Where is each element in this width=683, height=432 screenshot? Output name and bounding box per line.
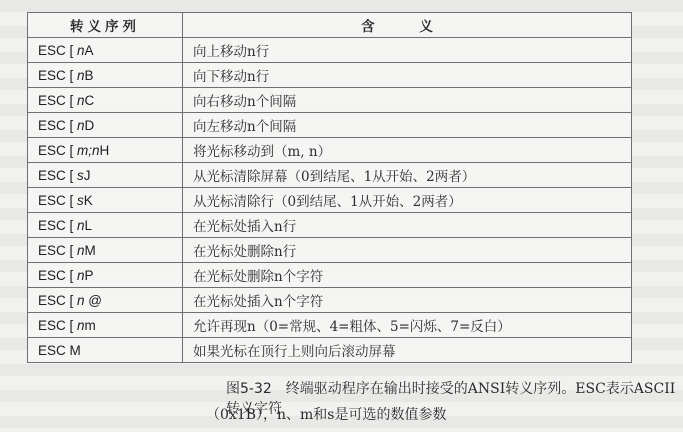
sequence-meaning: 向右移动n个间隔 xyxy=(183,88,632,113)
table-row: ESC [ nB向下移动n行 xyxy=(28,63,632,88)
escape-sequence: ESC [ m;nH xyxy=(28,138,183,163)
sequence-param: s xyxy=(77,168,84,183)
sequence-suffix: m xyxy=(85,318,96,333)
sequence-suffix: C xyxy=(85,93,95,108)
sequence-param: n xyxy=(77,243,85,258)
sequence-prefix: ESC [ xyxy=(38,43,77,58)
sequence-prefix: ESC [ xyxy=(38,118,77,133)
escape-sequence: ESC [ nm xyxy=(28,313,183,338)
sequence-prefix: ESC [ xyxy=(38,168,77,183)
table-row: ESC [ sK从光标清除行（0到结尾、1从开始、2两者） xyxy=(28,188,632,213)
sequence-meaning: 向上移动n行 xyxy=(183,38,632,63)
sequence-suffix: P xyxy=(85,268,94,283)
sequence-suffix: L xyxy=(85,218,93,233)
sequence-param: n xyxy=(77,293,85,308)
escape-sequence: ESC [ nC xyxy=(28,88,183,113)
sequence-prefix: ESC [ xyxy=(38,68,77,83)
sequence-suffix: H xyxy=(100,143,110,158)
escape-sequence: ESC [ nP xyxy=(28,263,183,288)
escape-sequence: ESC [ nD xyxy=(28,113,183,138)
table-row: ESC [ n @在光标处插入n个字符 xyxy=(28,288,632,313)
escape-sequence: ESC [ sJ xyxy=(28,163,183,188)
sequence-prefix: ESC [ xyxy=(38,143,77,158)
table-row: ESC [ nM在光标处删除n行 xyxy=(28,238,632,263)
escape-sequence: ESC [ sK xyxy=(28,188,183,213)
ansi-escape-table: 转义序列 含 义 ESC [ nA向上移动n行ESC [ nB向下移动n行ESC… xyxy=(27,12,632,363)
escape-sequence: ESC M xyxy=(28,338,183,363)
sequence-meaning: 在光标处插入n行 xyxy=(183,213,632,238)
sequence-prefix: ESC [ xyxy=(38,318,77,333)
sequence-meaning: 在光标处删除n个字符 xyxy=(183,263,632,288)
escape-sequence: ESC [ nL xyxy=(28,213,183,238)
escape-sequence: ESC [ n @ xyxy=(28,288,183,313)
sequence-suffix: B xyxy=(85,68,94,83)
sequence-param: n xyxy=(77,68,85,83)
sequence-param: n xyxy=(77,218,85,233)
escape-sequence: ESC [ nB xyxy=(28,63,183,88)
figure-caption-line2: （0x1B），n、m和s是可选的数值参数 xyxy=(206,404,446,424)
sequence-prefix: ESC [ xyxy=(38,218,77,233)
sequence-prefix: ESC M xyxy=(38,343,81,358)
sequence-prefix: ESC [ xyxy=(38,93,77,108)
table-row: ESC [ nL在光标处插入n行 xyxy=(28,213,632,238)
sequence-param: n xyxy=(77,43,85,58)
caption-text-2: （0x1B），n、m和s是可选的数值参数 xyxy=(206,407,446,423)
sequence-param: m;n xyxy=(77,143,100,158)
table-row: ESC [ nC向右移动n个间隔 xyxy=(28,88,632,113)
header-meaning: 含 义 xyxy=(183,13,632,38)
sequence-param: s xyxy=(77,193,84,208)
table-row: ESC [ nP在光标处删除n个字符 xyxy=(28,263,632,288)
sequence-meaning: 将光标移动到（m, n） xyxy=(183,138,632,163)
escape-sequence: ESC [ nM xyxy=(28,238,183,263)
escape-sequence: ESC [ nA xyxy=(28,38,183,63)
sequence-prefix: ESC [ xyxy=(38,193,77,208)
sequence-prefix: ESC [ xyxy=(38,293,77,308)
sequence-suffix: J xyxy=(84,168,91,183)
sequence-suffix: K xyxy=(84,193,93,208)
sequence-suffix: M xyxy=(85,243,96,258)
sequence-param: n xyxy=(77,118,85,133)
sequence-param: n xyxy=(77,318,85,333)
sequence-meaning: 向左移动n个间隔 xyxy=(183,113,632,138)
sequence-meaning: 在光标处删除n行 xyxy=(183,238,632,263)
sequence-meaning: 在光标处插入n个字符 xyxy=(183,288,632,313)
sequence-suffix: D xyxy=(85,118,95,133)
table-row: ESC [ nm允许再现n（0=常规、4=粗体、5=闪烁、7=反白） xyxy=(28,313,632,338)
sequence-suffix: @ xyxy=(85,293,102,308)
figure-number: 图5-32 xyxy=(226,381,272,397)
header-sequence: 转义序列 xyxy=(28,13,183,38)
sequence-meaning: 从光标清除行（0到结尾、1从开始、2两者） xyxy=(183,188,632,213)
sequence-param: n xyxy=(77,268,85,283)
sequence-meaning: 允许再现n（0=常规、4=粗体、5=闪烁、7=反白） xyxy=(183,313,632,338)
table-row: ESC [ nD向左移动n个间隔 xyxy=(28,113,632,138)
sequence-meaning: 向下移动n行 xyxy=(183,63,632,88)
sequence-prefix: ESC [ xyxy=(38,243,77,258)
table-row: ESC M如果光标在顶行上则向后滚动屏幕 xyxy=(28,338,632,363)
sequence-meaning: 如果光标在顶行上则向后滚动屏幕 xyxy=(183,338,632,363)
sequence-prefix: ESC [ xyxy=(38,268,77,283)
table-row: ESC [ m;nH将光标移动到（m, n） xyxy=(28,138,632,163)
sequence-meaning: 从光标清除屏幕（0到结尾、1从开始、2两者） xyxy=(183,163,632,188)
table-row: ESC [ sJ从光标清除屏幕（0到结尾、1从开始、2两者） xyxy=(28,163,632,188)
sequence-suffix: A xyxy=(85,43,94,58)
table-row: ESC [ nA向上移动n行 xyxy=(28,38,632,63)
table-header-row: 转义序列 含 义 xyxy=(28,13,632,38)
sequence-param: n xyxy=(77,93,85,108)
